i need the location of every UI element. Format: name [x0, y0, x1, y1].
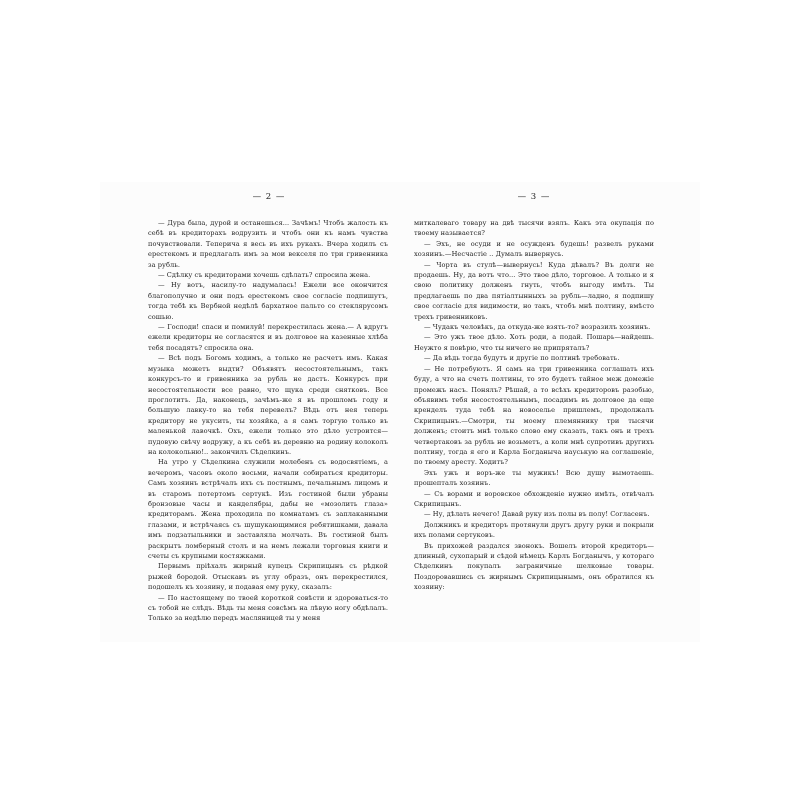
paragraph: — По настоящему по твоей короткой совѣст… [148, 593, 388, 624]
paragraph: — Съ ворами и воровское обхожденіе нужно… [414, 489, 654, 510]
book-spread: — 2 — — Дура была, дурой и останешься...… [100, 182, 700, 642]
paragraph: На утро у Сѣделкина служили молебенъ съ … [148, 457, 388, 561]
paragraph: — Чорта въ стулѣ—вывернусь! Куда дѣвалъ?… [414, 260, 654, 322]
left-page-text: — Дура была, дурой и останешься... Зачѣм… [148, 218, 388, 624]
left-page: — 2 — — Дура была, дурой и останешься...… [148, 192, 388, 624]
paragraph: Въ прихожей раздался звонокъ. Вошелъ вто… [414, 541, 654, 593]
page-number-left: — 2 — [148, 192, 388, 204]
right-page: — 3 — миткалеваго товару на двѣ тысячи в… [414, 192, 654, 593]
paragraph: Должникъ и кредиторъ протянули другъ дру… [414, 520, 654, 541]
paragraph: — Дура была, дурой и останешься... Зачѣм… [148, 218, 388, 270]
paragraph: — Это ужъ твое дѣло. Хоть роди, а подай.… [414, 332, 654, 353]
right-page-text: миткалеваго товару на двѣ тысячи взялъ. … [414, 218, 654, 593]
paragraph: — Ну, дѣлать нечего! Давай руку изъ полы… [414, 509, 654, 519]
paragraph: — Не потребуютъ. Я самъ на три гривенник… [414, 364, 654, 468]
paragraph: — Господи! спаси и помилуй! перекрестила… [148, 322, 388, 353]
paragraph: — Эхъ, не осуди и не осужденъ будешь! ра… [414, 239, 654, 260]
paragraph: — Да вѣдь тогда будутъ и другіе по полти… [414, 353, 654, 363]
paragraph: миткалеваго товару на двѣ тысячи взялъ. … [414, 218, 654, 239]
paragraph: — Ну вотъ, насилу-то надумалась! Ежели в… [148, 280, 388, 322]
page-number-right: — 3 — [414, 192, 654, 204]
paragraph: — Сдѣлку съ кредиторами хочешь сдѣлать? … [148, 270, 388, 280]
paragraph: Эхъ ужъ и воръ-же ты мужикъ! Всю душу вы… [414, 468, 654, 489]
paragraph: — Всѣ подъ Богомъ ходимъ, а только не ра… [148, 353, 388, 457]
paragraph: Первымъ пріѣхалъ жирный купецъ Скрипицын… [148, 561, 388, 592]
paragraph: — Чудакъ человѣкъ, да откуда-же взять-то… [414, 322, 654, 332]
